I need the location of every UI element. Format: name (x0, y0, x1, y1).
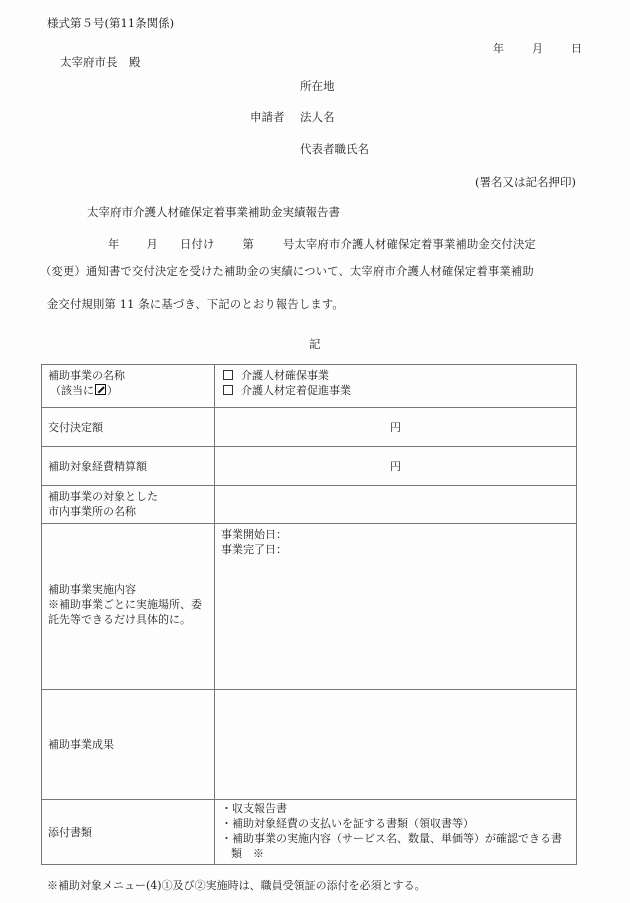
start-date-label: 事業開始日： (221, 527, 570, 542)
checked-box-icon (95, 384, 106, 395)
program-options: 介護人材確保事業 介護人材定着促進事業 (215, 365, 577, 408)
date-day-label: 日 (571, 40, 582, 56)
target-office-label: 補助事業の対象とした 市内事業所の名称 (42, 486, 215, 524)
grant-decision-amount-field[interactable]: 円 (215, 408, 577, 447)
ki-heading: 記 (309, 336, 321, 352)
body-line-2: （変更）通知書で交付決定を受けた補助金の実績について、太宰府市介護人材確保定着事… (40, 263, 534, 279)
date-month-label: 月 (532, 40, 543, 56)
end-date-label: 事業完了日： (221, 542, 570, 557)
footnote: ※補助対象メニュー(4)①及び②実施時は、職員受領証の添付を必須とする。 (47, 877, 426, 893)
body-number-prefix: 第 (243, 238, 255, 251)
table-row: 交付決定額 円 (42, 408, 577, 447)
program-name-label: 補助事業の名称 （該当に） (42, 365, 215, 408)
program-name-label-text: 補助事業の名称 (48, 368, 208, 383)
checkbox-retention[interactable] (223, 385, 233, 395)
implementation-label: 補助事業実施内容 ※補助事業ごとに実施場所、委 託先等できるだけ具体的に。 (42, 524, 215, 690)
document-title: 太宰府市介護人材確保定着事業補助金実績報告書 (87, 204, 340, 220)
program-name-hint: （該当に） (48, 383, 208, 398)
option-recruitment[interactable]: 介護人材確保事業 (221, 368, 570, 383)
submission-date: 年月日 (493, 40, 582, 56)
settled-expense-field[interactable]: 円 (215, 447, 577, 486)
option-recruitment-label: 介護人材確保事業 (241, 369, 329, 382)
attachments-list: ・収支報告書 ・補助対象経費の支払いを証する書類（領収書等） ・補助事業の実施内… (221, 801, 570, 861)
checkbox-recruitment[interactable] (223, 370, 233, 380)
body-day-dated: 日付け (180, 238, 215, 251)
table-row: 補助事業の名称 （該当に） 介護人材確保事業 介護人材定着促進事業 (42, 365, 577, 408)
table-row: 補助対象経費精算額 円 (42, 447, 577, 486)
attachments-label: 添付書類 (42, 800, 215, 865)
yen-unit: 円 (390, 460, 401, 473)
body-line-1: 年月日付け第号太宰府市介護人材確保定着事業補助金交付決定 (108, 236, 536, 252)
representative-label: 代表者職氏名 (300, 141, 369, 157)
implementation-note-line2: 託先等できるだけ具体的に。 (48, 612, 208, 627)
hint-prefix: （該当に (50, 384, 94, 397)
list-item: ・収支報告書 (221, 801, 570, 816)
implementation-note-line1: ※補助事業ごとに実施場所、委 (48, 597, 208, 612)
form-number: 様式第５号(第11条関係) (47, 15, 174, 31)
results-field[interactable] (215, 690, 577, 800)
option-retention-label: 介護人材定着促進事業 (241, 384, 351, 397)
report-table: 補助事業の名称 （該当に） 介護人材確保事業 介護人材定着促進事業 交付決定額 … (41, 364, 577, 865)
table-row: 補助事業実施内容 ※補助事業ごとに実施場所、委 託先等できるだけ具体的に。 事業… (42, 524, 577, 690)
seal-note: (署名又は記名押印) (475, 174, 576, 190)
hint-suffix: ） (107, 384, 118, 397)
list-item: ・補助対象経費の支払いを証する書類（領収書等） (221, 816, 570, 831)
table-row: 補助事業成果 (42, 690, 577, 800)
implementation-label-line1: 補助事業実施内容 (48, 582, 208, 597)
addressee: 太宰府市長 殿 (60, 54, 141, 70)
corporation-name-label: 法人名 (300, 109, 335, 125)
settled-expense-label: 補助対象経費精算額 (42, 447, 215, 486)
address-label: 所在地 (300, 78, 335, 94)
attachments-list-cell: ・収支報告書 ・補助対象経費の支払いを証する書類（領収書等） ・補助事業の実施内… (215, 800, 577, 865)
implementation-field[interactable]: 事業開始日： 事業完了日： (215, 524, 577, 690)
applicant-label: 申請者 (250, 109, 285, 125)
body-year: 年 (108, 238, 120, 251)
option-retention[interactable]: 介護人材定着促進事業 (221, 383, 570, 398)
body-month: 月 (147, 238, 159, 251)
list-item: ・補助事業の実施内容（サービス名、数量、単価等）が確認できる書類 ※ (221, 831, 570, 861)
yen-unit: 円 (390, 421, 401, 434)
body-line-3: 金交付規則第 11 条に基づき、下記のとおり報告します。 (47, 296, 344, 312)
target-office-field[interactable] (215, 486, 577, 524)
results-label: 補助事業成果 (42, 690, 215, 800)
table-row: 補助事業の対象とした 市内事業所の名称 (42, 486, 577, 524)
target-office-label-line2: 市内事業所の名称 (48, 504, 208, 519)
table-row: 添付書類 ・収支報告書 ・補助対象経費の支払いを証する書類（領収書等） ・補助事… (42, 800, 577, 865)
grant-decision-amount-label: 交付決定額 (42, 408, 215, 447)
date-year-label: 年 (493, 40, 504, 56)
body-line1-text: 号太宰府市介護人材確保定着事業補助金交付決定 (283, 238, 536, 251)
target-office-label-line1: 補助事業の対象とした (48, 489, 208, 504)
